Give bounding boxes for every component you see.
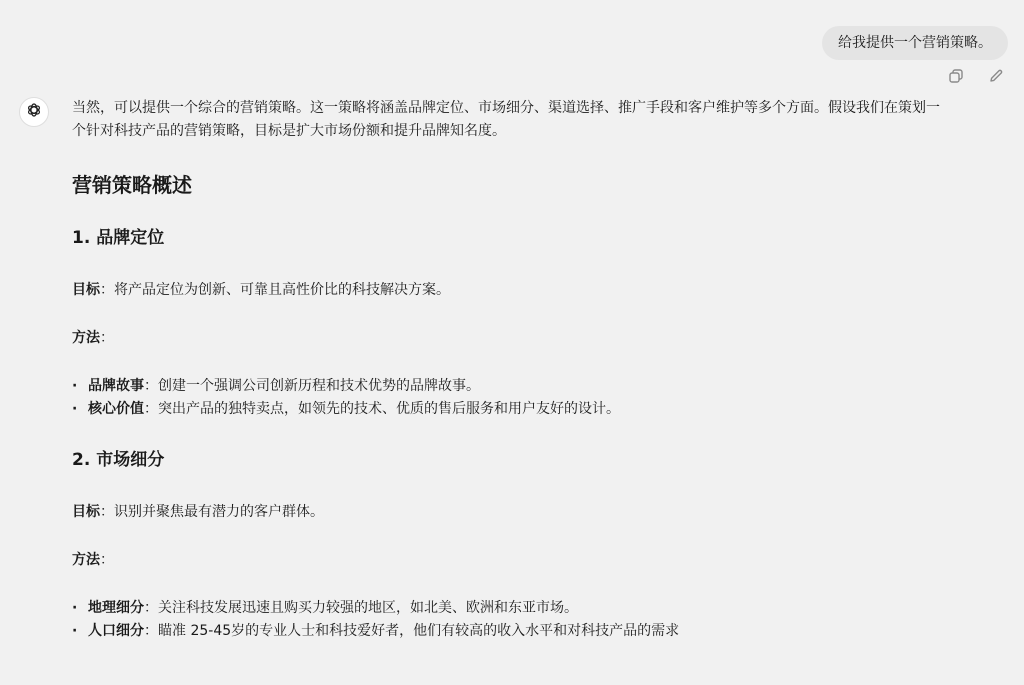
goal-line: 目标：识别并聚焦最有潜力的客户群体。	[72, 501, 972, 524]
list-item: 品牌故事：创建一个强调公司创新历程和技术优势的品牌故事。	[72, 375, 972, 398]
chat-page: 给我提供一个营销策略。	[0, 0, 1024, 685]
goal-text: ：识别并聚焦最有潜力的客户群体。	[100, 504, 324, 520]
list-item: 人口细分：瞄准 25-45岁的专业人士和科技爱好者，他们有较高的收入水平和对科技…	[72, 620, 972, 643]
method-label: 方法	[72, 552, 100, 568]
bullet-text: ：突出产品的独特卖点，如领先的技术、优质的售后服务和用户友好的设计。	[144, 401, 620, 417]
goal-label: 目标	[72, 282, 100, 298]
openai-logo-icon	[25, 101, 43, 123]
method-line: 方法：	[72, 327, 972, 350]
bullet-text: ：关注科技发展迅速且购买力较强的地区，如北美、欧洲和东亚市场。	[144, 600, 578, 616]
user-message-bubble: 给我提供一个营销策略。	[822, 26, 1008, 60]
list-item: 地理细分：关注科技发展迅速且购买力较强的地区，如北美、欧洲和东亚市场。	[72, 597, 972, 620]
copy-button[interactable]	[946, 68, 966, 88]
method-list: 地理细分：关注科技发展迅速且购买力较强的地区，如北美、欧洲和东亚市场。 人口细分…	[72, 597, 972, 643]
bullet-label: 地理细分	[88, 600, 144, 616]
edit-button[interactable]	[986, 68, 1006, 88]
intro-paragraph: 当然，可以提供一个综合的营销策略。这一策略将涵盖品牌定位、市场细分、渠道选择、推…	[72, 97, 952, 143]
pencil-icon	[988, 68, 1004, 88]
user-message-actions	[946, 68, 1006, 88]
section-heading: 1. 品牌定位	[72, 225, 972, 251]
overview-heading: 营销策略概述	[72, 171, 972, 199]
method-line: 方法：	[72, 549, 972, 572]
goal-label: 目标	[72, 504, 100, 520]
method-colon: ：	[100, 552, 114, 568]
assistant-message: 当然，可以提供一个综合的营销策略。这一策略将涵盖品牌定位、市场细分、渠道选择、推…	[72, 97, 972, 643]
bullet-label: 核心价值	[88, 401, 144, 417]
bullet-text: ：瞄准 25-45岁的专业人士和科技爱好者，他们有较高的收入水平和对科技产品的需…	[144, 623, 679, 639]
assistant-avatar	[19, 97, 49, 127]
list-item: 核心价值：突出产品的独特卖点，如领先的技术、优质的售后服务和用户友好的设计。	[72, 398, 972, 421]
method-colon: ：	[100, 330, 114, 346]
bullet-label: 品牌故事	[88, 378, 144, 394]
copy-icon	[948, 68, 964, 88]
bullet-text: ：创建一个强调公司创新历程和技术优势的品牌故事。	[144, 378, 480, 394]
goal-line: 目标：将产品定位为创新、可靠且高性价比的科技解决方案。	[72, 279, 972, 302]
method-list: 品牌故事：创建一个强调公司创新历程和技术优势的品牌故事。 核心价值：突出产品的独…	[72, 375, 972, 421]
goal-text: ：将产品定位为创新、可靠且高性价比的科技解决方案。	[100, 282, 450, 298]
method-label: 方法	[72, 330, 100, 346]
bullet-label: 人口细分	[88, 623, 144, 639]
user-message-row: 给我提供一个营销策略。	[822, 26, 1008, 60]
section-heading: 2. 市场细分	[72, 447, 972, 473]
